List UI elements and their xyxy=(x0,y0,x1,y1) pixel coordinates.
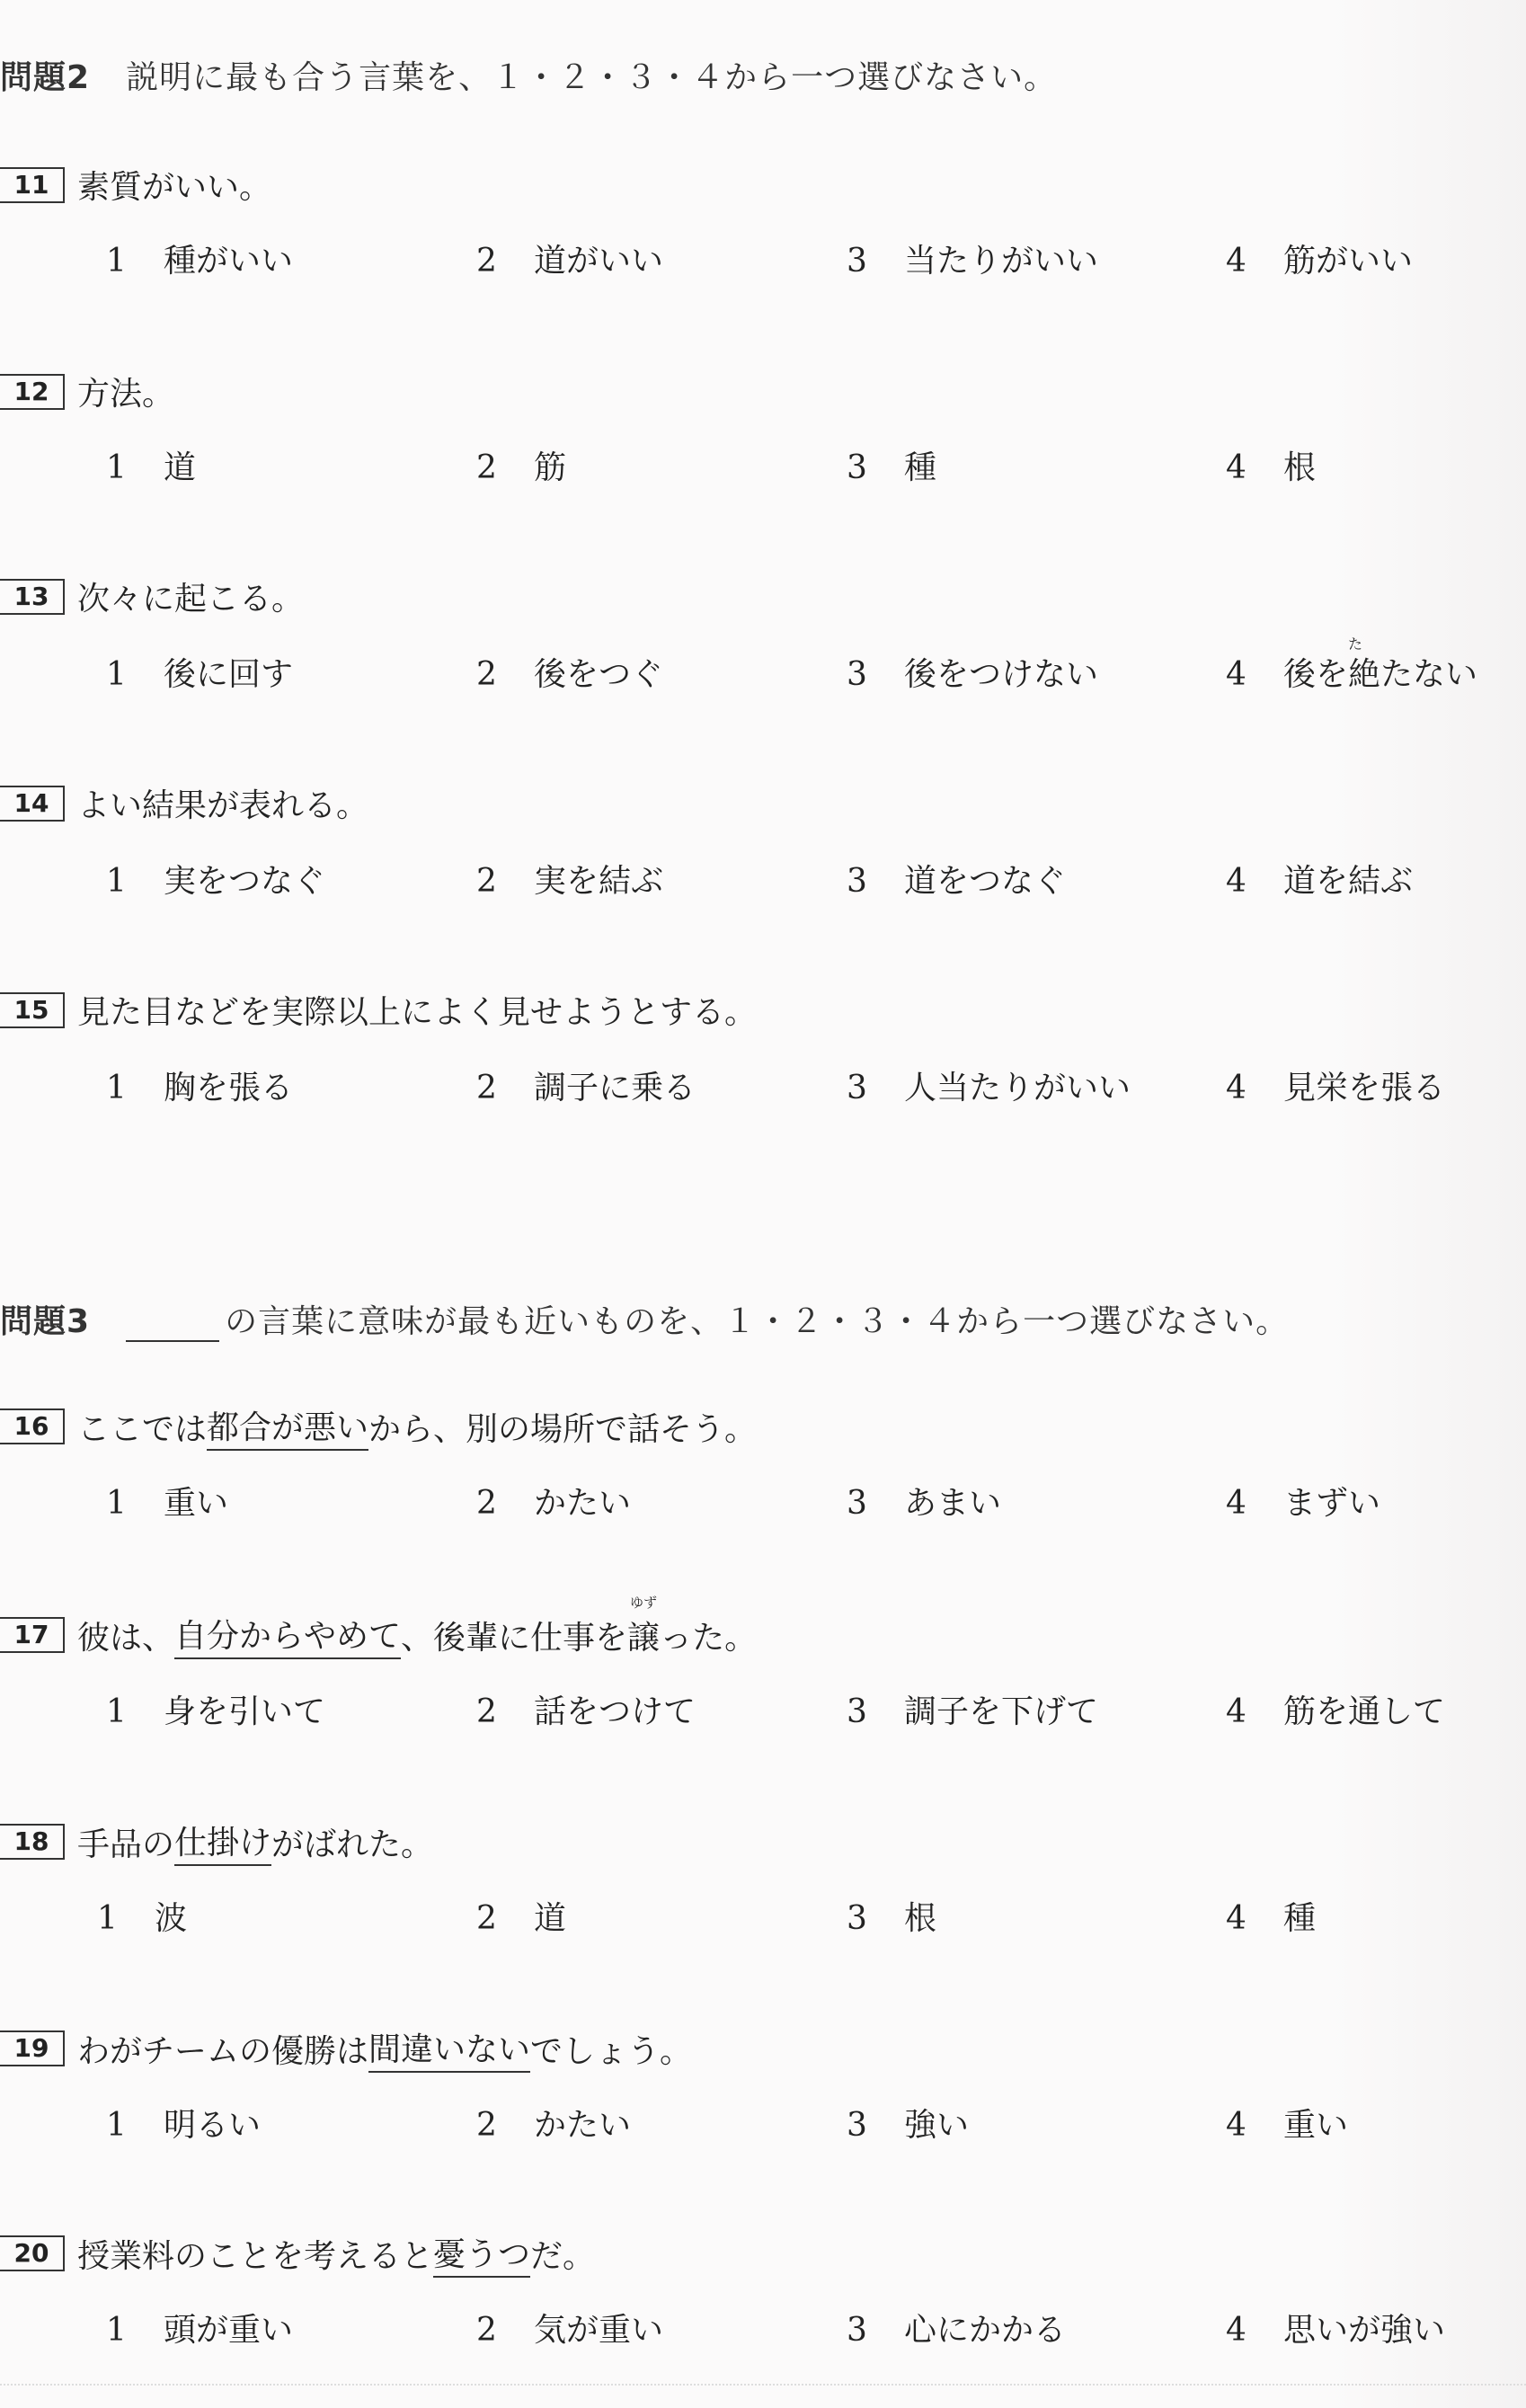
option-1[interactable]: 1実をつなぐ xyxy=(106,856,325,902)
option-1[interactable]: 1道 xyxy=(106,442,196,488)
question-number: 20 xyxy=(0,2235,65,2271)
question-number: 17 xyxy=(0,1617,65,1653)
option-4[interactable]: 4種 xyxy=(1226,1893,1316,1939)
mondai3-label: 問題3 xyxy=(0,1303,90,1340)
options-12: 1道 2筋 3種 4根 xyxy=(0,442,1526,487)
ruby-yuzu: 譲ゆず xyxy=(627,1613,660,1658)
options-18: 1波 2道 3根 4種 xyxy=(0,1893,1526,1938)
option-4[interactable]: 4思いが強い xyxy=(1226,2305,1445,2350)
option-2[interactable]: 2道 xyxy=(476,1893,566,1939)
option-2[interactable]: 2気が重い xyxy=(476,2305,663,2350)
option-4[interactable]: 4筋を通して xyxy=(1226,1686,1445,1732)
question-12: 12 方法。 xyxy=(0,369,174,414)
underlined-phrase: 都合が悪い xyxy=(207,1402,368,1451)
question-text: 見た目などを実際以上によく見せようとする。 xyxy=(77,987,757,1033)
question-number: 12 xyxy=(0,374,65,410)
page-bottom-divider xyxy=(0,2384,1526,2386)
question-13: 13 次々に起こる。 xyxy=(0,573,304,619)
underlined-phrase: 仕掛け xyxy=(174,1817,271,1866)
furigana: ゆず xyxy=(630,1593,657,1612)
question-number: 11 xyxy=(0,167,65,203)
mondai2-instruction: 説明に最も合う言葉を、１・２・３・４から一つ選びなさい。 xyxy=(126,59,1057,96)
option-2[interactable]: 2かたい xyxy=(476,2100,631,2146)
option-1[interactable]: 1種がいい xyxy=(106,235,293,281)
option-1[interactable]: 1重い xyxy=(106,1478,228,1524)
question-text: よい結果が表れる。 xyxy=(77,780,368,826)
option-3[interactable]: 3調子を下げて xyxy=(847,1686,1098,1732)
question-20: 20 授業料のことを考えると憂うつだ。 xyxy=(0,2229,595,2278)
option-3[interactable]: 3当たりがいい xyxy=(847,235,1098,281)
options-14: 1実をつなぐ 2実を結ぶ 3道をつなぐ 4道を結ぶ xyxy=(0,856,1526,901)
question-text: 素質がいい。 xyxy=(77,162,271,208)
question-14: 14 よい結果が表れる。 xyxy=(0,780,368,826)
options-17: 1身を引いて 2話をつけて 3調子を下げて 4筋を通して xyxy=(0,1686,1526,1731)
option-1[interactable]: 1胸を張る xyxy=(106,1062,293,1108)
mondai2-heading: 問題2説明に最も合う言葉を、１・２・３・４から一つ選びなさい。 xyxy=(0,52,1057,98)
option-1[interactable]: 1身を引いて xyxy=(106,1686,325,1732)
underlined-phrase: 憂うつ xyxy=(433,2229,530,2278)
question-number: 16 xyxy=(0,1408,65,1444)
option-4[interactable]: 4見栄を張る xyxy=(1226,1062,1445,1108)
option-3[interactable]: 3種 xyxy=(847,442,936,488)
option-1[interactable]: 1明るい xyxy=(106,2100,261,2146)
option-4[interactable]: 4まずい xyxy=(1226,1478,1380,1524)
options-16: 1重い 2かたい 3あまい 4まずい xyxy=(0,1478,1526,1523)
options-11: 1種がいい 2道がいい 3当たりがいい 4筋がいい xyxy=(0,235,1526,280)
option-3[interactable]: 3人当たりがいい xyxy=(847,1062,1131,1108)
underlined-phrase: 自分からやめて xyxy=(174,1611,401,1659)
option-4[interactable]: 4根 xyxy=(1226,442,1316,488)
option-3[interactable]: 3後をつけない xyxy=(847,649,1098,695)
question-17: 17 彼は、自分からやめて、後輩に仕事を譲ゆずった。 xyxy=(0,1611,757,1659)
question-number: 19 xyxy=(0,2030,65,2066)
option-2[interactable]: 2実を結ぶ xyxy=(476,856,663,902)
question-text: 方法。 xyxy=(77,369,174,414)
options-15: 1胸を張る 2調子に乗る 3人当たりがいい 4見栄を張る xyxy=(0,1062,1526,1107)
underlined-phrase: 間違いない xyxy=(368,2024,530,2073)
question-11: 11 素質がいい。 xyxy=(0,162,271,208)
option-2[interactable]: 2道がいい xyxy=(476,235,663,281)
option-4[interactable]: 4後を絶たない xyxy=(1226,649,1477,695)
question-number: 14 xyxy=(0,786,65,822)
option-2[interactable]: 2筋 xyxy=(476,442,566,488)
mondai3-instruction: の言葉に意味が最も近いものを、１・２・３・４から一つ選びなさい。 xyxy=(225,1303,1289,1340)
question-15: 15 見た目などを実際以上によく見せようとする。 xyxy=(0,987,757,1033)
option-3[interactable]: 3あまい xyxy=(847,1478,1001,1524)
option-4[interactable]: 4道を結ぶ xyxy=(1226,856,1413,902)
question-number: 18 xyxy=(0,1824,65,1860)
option-3[interactable]: 3道をつなぐ xyxy=(847,856,1066,902)
question-text: 次々に起こる。 xyxy=(77,573,304,619)
option-1[interactable]: 1頭が重い xyxy=(106,2305,293,2350)
option-3[interactable]: 3心にかかる xyxy=(847,2305,1066,2350)
option-3[interactable]: 3強い xyxy=(847,2100,969,2146)
option-3[interactable]: 3根 xyxy=(847,1893,936,1939)
question-18: 18 手品の仕掛けがばれた。 xyxy=(0,1817,433,1866)
option-4[interactable]: 4筋がいい xyxy=(1226,235,1413,281)
options-20: 1頭が重い 2気が重い 3心にかかる 4思いが強い xyxy=(0,2305,1526,2350)
page-edge-shade xyxy=(1328,0,1526,2408)
options-19: 1明るい 2かたい 3強い 4重い xyxy=(0,2100,1526,2145)
option-2[interactable]: 2話をつけて xyxy=(476,1686,696,1732)
option-1[interactable]: 1後に回す xyxy=(106,649,293,695)
furigana-ta: た xyxy=(1348,633,1362,653)
option-2[interactable]: 2かたい xyxy=(476,1478,631,1524)
blank-underline xyxy=(126,1313,219,1342)
question-16: 16 ここでは都合が悪いから、別の場所で話そう。 xyxy=(0,1402,757,1451)
option-1[interactable]: 1波 xyxy=(97,1893,187,1939)
option-2[interactable]: 2後をつぐ xyxy=(476,649,663,695)
question-number: 13 xyxy=(0,579,65,615)
question-19: 19 わがチームの優勝は間違いないでしょう。 xyxy=(0,2024,692,2073)
options-13: 1後に回す 2後をつぐ 3後をつけない 4後を絶たない xyxy=(0,649,1526,694)
option-2[interactable]: 2調子に乗る xyxy=(476,1062,696,1108)
mondai2-label: 問題2 xyxy=(0,59,90,96)
mondai3-heading: 問題3の言葉に意味が最も近いものを、１・２・３・４から一つ選びなさい。 xyxy=(0,1296,1289,1342)
question-number: 15 xyxy=(0,992,65,1028)
option-4[interactable]: 4重い xyxy=(1226,2100,1348,2146)
